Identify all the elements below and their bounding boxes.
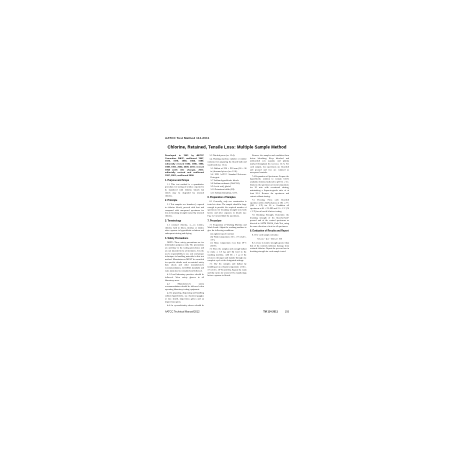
method-number-header: AATCC Test Method 114-2011: [165, 137, 289, 140]
document-page: AATCC Test Method 114-2011 Chlorine, Ret…: [165, 137, 289, 314]
text-block: 5.4 Washing machine cylinder or similar …: [208, 158, 247, 167]
text-block: Remove the samples and condition them be…: [250, 154, 289, 174]
section-heading: 3. Terminology: [165, 219, 204, 222]
page-title: Chlorine, Retained, Tensile Loss: Multip…: [165, 145, 289, 150]
text-block: 6.1 Generally, only one construction is …: [208, 200, 247, 217]
text-block: (c) Rinse temperature: less than 29°C (8…: [208, 242, 247, 248]
text-block: 5.11 Sodium thiosulfate, 0.1N.: [208, 191, 247, 194]
text-block: 8.1 For each sample calculate:: [250, 234, 289, 237]
text-block: 4.4 An eyewash/safety shower should be l…: [165, 304, 204, 307]
text-block: 4.2 Manufacturer's safety recommendation…: [165, 282, 204, 291]
section-heading: 2. Principle: [165, 199, 204, 202]
text-block: 4.3 In preparing, dispensing and handlin…: [165, 292, 204, 303]
document-preview-canvas: AATCC Test Method 114-2011 Chlorine, Ret…: [0, 0, 458, 458]
text-block: 5.6 1993 AATCC Standard Reference Deterg…: [208, 173, 247, 179]
text-block: NOTE: These safety precautions are for i…: [165, 241, 204, 272]
text-block: Developed in 1961 by AATCC Committee RA3…: [165, 154, 204, 177]
text-block: 7.4 Preparation of Specimens. Prepare th…: [250, 175, 289, 198]
column-middle: 5.3 Flat-bed press (see 12.4).5.4 Washin…: [208, 154, 247, 307]
text-block: 5.5 Ballast of 920 × 920 mm (36 × 36 in.…: [208, 167, 247, 173]
text-block: 7.1 Preparation of Washing Machine and W…: [208, 223, 247, 232]
section-heading: 8. Evaluation of Results and Report: [250, 230, 289, 233]
footer-method-id: TM 114-2011: [263, 311, 278, 314]
text-block: 7.2 Place the samples and enough ballast…: [208, 248, 247, 262]
section-heading: 1. Purpose and Scope: [165, 179, 204, 182]
text-block: 5.3 Flat-bed press (see 12.4).: [208, 154, 247, 157]
text-block: 7.3 Dry the samples and ballast by tumbl…: [208, 263, 247, 277]
page-footer: AATCC Technical Manual/2012 TM 114-2011 …: [165, 311, 289, 314]
section-heading: 4. Safety Precautions: [165, 237, 204, 240]
text-block: 1.1 This test method is a quantitative p…: [165, 183, 204, 197]
text-block: (b) Wash temperature: 60 ± 3°C (140 ± 5°…: [208, 236, 247, 242]
column-right: Remove the samples and condition them be…: [250, 154, 289, 307]
footer-page-number: 193: [285, 311, 289, 314]
text-block: 7.5 Pressing. Press each bleached specim…: [250, 198, 289, 212]
text-block: 8.2 A loss in tensile strength greater t…: [250, 241, 289, 252]
column-left: Developed in 1961 by AATCC Committee RA3…: [165, 154, 204, 307]
text-block: 2.1 Test samples are laundered, exposed …: [165, 203, 204, 217]
text-block: 3.1 retained chlorine, n.—in textiles, c…: [165, 223, 204, 234]
body-columns: Developed in 1961 by AATCC Committee RA3…: [165, 154, 289, 307]
footer-manual-label: AATCC Technical Manual/2012: [165, 311, 200, 314]
section-heading: 6. Preparation of Samples: [208, 196, 247, 199]
text-block: 7.6 Breaking Strength. Determine the bre…: [250, 213, 289, 227]
footer-right-group: TM 114-2011 193: [263, 311, 289, 314]
text-block: 4.1 Good laboratory practices should be …: [165, 273, 204, 282]
text-block: % Loss = [(A − B)/A] × 100: [250, 238, 289, 241]
section-heading: 7. Procedure: [208, 219, 247, 222]
